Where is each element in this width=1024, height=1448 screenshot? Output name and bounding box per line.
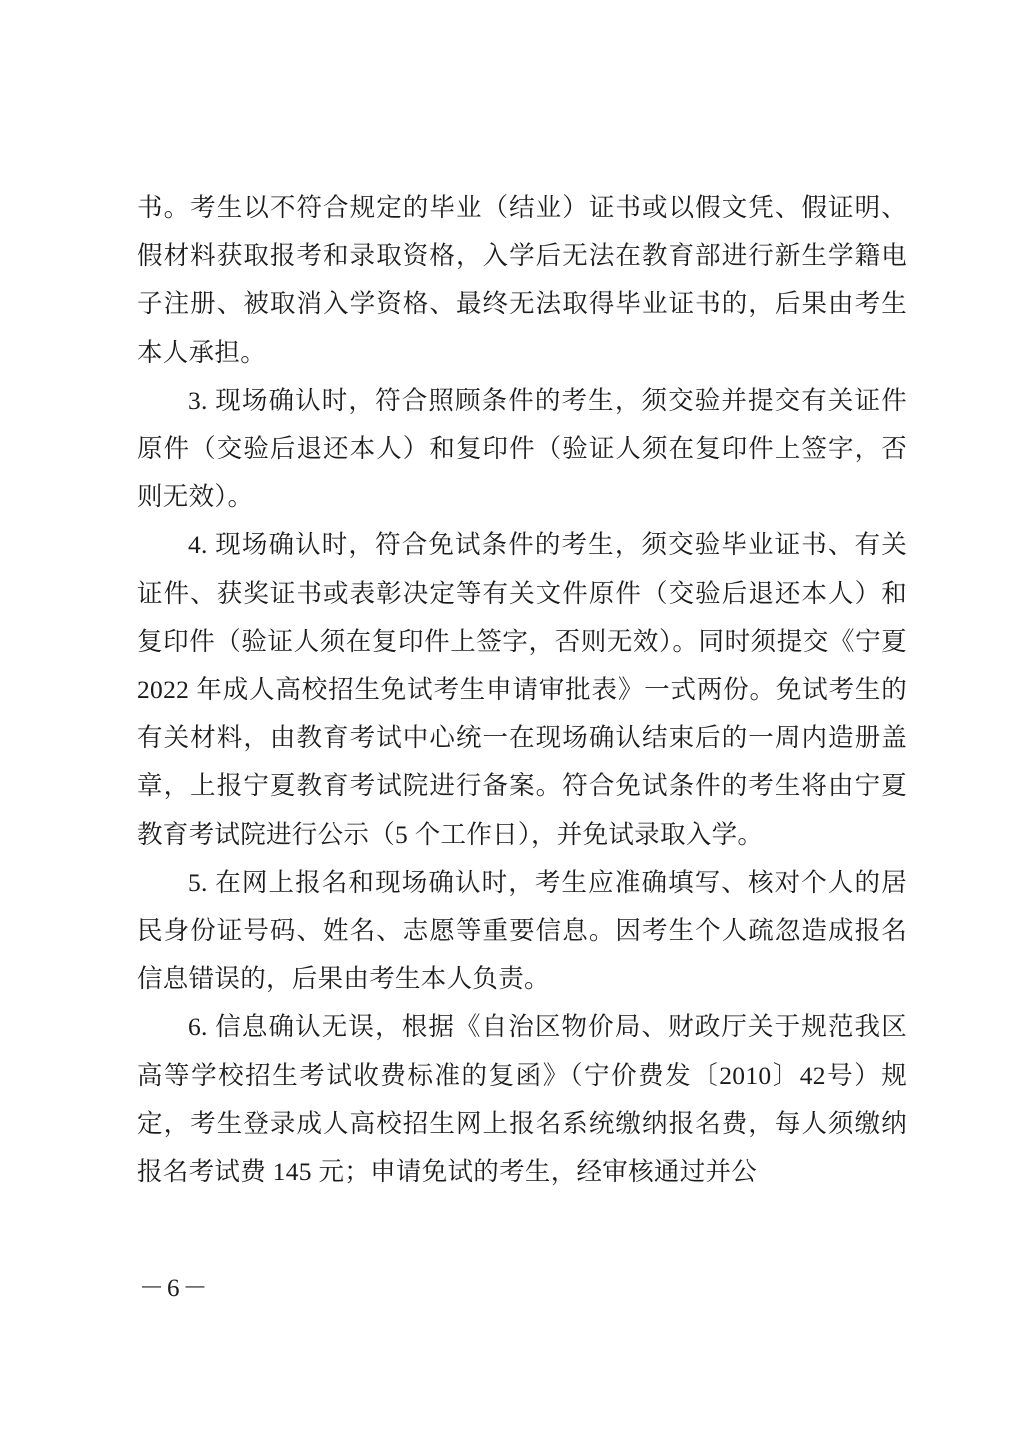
document-body: 书。考生以不符合规定的毕业（结业）证书或以假文凭、假证明、假材料获取报考和录取资… [137,184,907,1196]
paragraph: 书。考生以不符合规定的毕业（结业）证书或以假文凭、假证明、假材料获取报考和录取资… [137,184,907,377]
paragraph: 5. 在网上报名和现场确认时，考生应准确填写、核对个人的居民身份证号码、姓名、志… [137,859,907,1004]
paragraph: 4. 现场确认时，符合免试条件的考生，须交验毕业证书、有关证件、获奖证书或表彰决… [137,521,907,858]
paragraph: 3. 现场确认时，符合照顾条件的考生，须交验并提交有关证件原件（交验后退还本人）… [137,377,907,522]
document-page: 书。考生以不符合规定的毕业（结业）证书或以假文凭、假证明、假材料获取报考和录取资… [0,0,1024,1448]
page-number: －6－ [139,1268,211,1304]
paragraph: 6. 信息确认无误，根据《自治区物价局、财政厅关于规范我区高等学校招生考试收费标… [137,1003,907,1196]
